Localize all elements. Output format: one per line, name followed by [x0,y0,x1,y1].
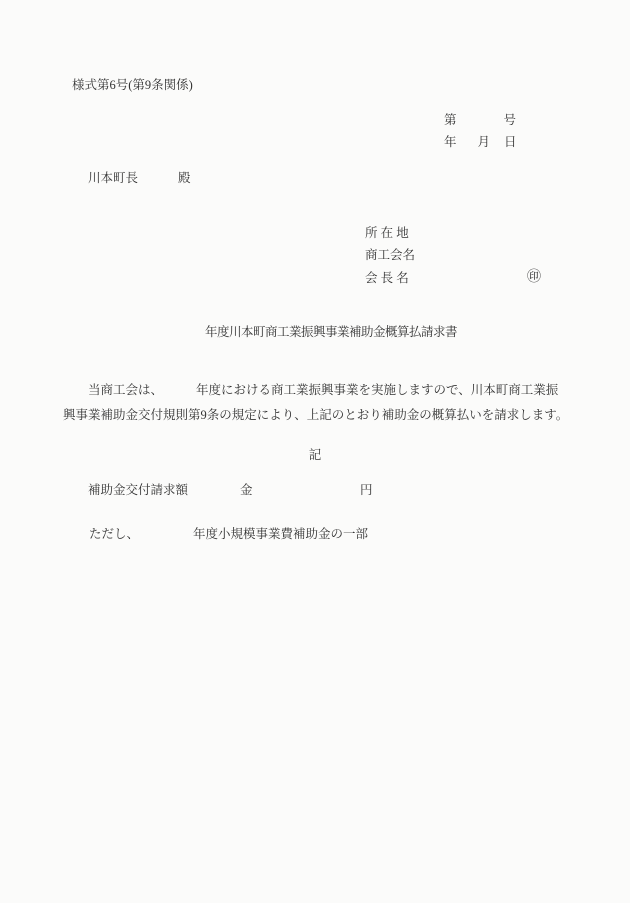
doc-number-suffix: 号 [504,113,517,127]
sender-organization-label: 商工会名 [365,249,415,262]
seal-icon: ㊞ [527,271,541,285]
date-day-label: 日 [504,135,517,149]
body-line-1: 当商工会は、年度における商工業振興事業を実施しますので、川本町商工業振 [88,384,558,397]
proviso-prefix: ただし、 [89,528,139,541]
date-month-blank [457,145,478,146]
currency-prefix: 金 [240,484,253,497]
doc-number-prefix: 第 [444,113,457,127]
sender-president-label: 会 長 名 [365,272,409,285]
fiscal-year-blank [163,393,196,394]
body-line1-part2: 年度における商工業振興事業を実施しますので、川本町商工業振 [196,383,558,397]
date-day-blank [490,145,504,146]
currency-suffix: 円 [360,484,373,497]
doc-number-line: 第号 [444,114,516,127]
date-line: 年月日 [444,136,517,149]
notation-ki: 記 [0,449,630,462]
addressee-line: 川本町長殿 [88,172,191,185]
date-year-label: 年 [444,135,457,149]
addressee-name: 川本町長 [88,171,138,185]
addressee-honorific: 殿 [178,171,191,185]
sender-address-label: 所 在 地 [365,227,409,240]
body-line-2: 興事業補助金交付規則第9条の規定により、上記のとおり補助金の概算払いを請求します… [63,409,568,422]
document-page: 様式第6号(第9条関係) 第号 年月日 川本町長殿 所 在 地 商工会名 会 長… [0,0,630,903]
date-month-label: 月 [478,135,491,149]
document-title: 年度川本町商工業振興事業補助金概算払請求書 [205,326,457,339]
request-amount-label: 補助金交付請求額 [88,484,188,497]
doc-number-blank [457,123,504,124]
proviso-text: 年度小規模事業費補助金の一部 [193,528,368,541]
addressee-blank [138,181,178,182]
body-line1-part1: 当商工会は、 [88,383,163,397]
form-number: 様式第6号(第9条関係) [72,79,193,92]
